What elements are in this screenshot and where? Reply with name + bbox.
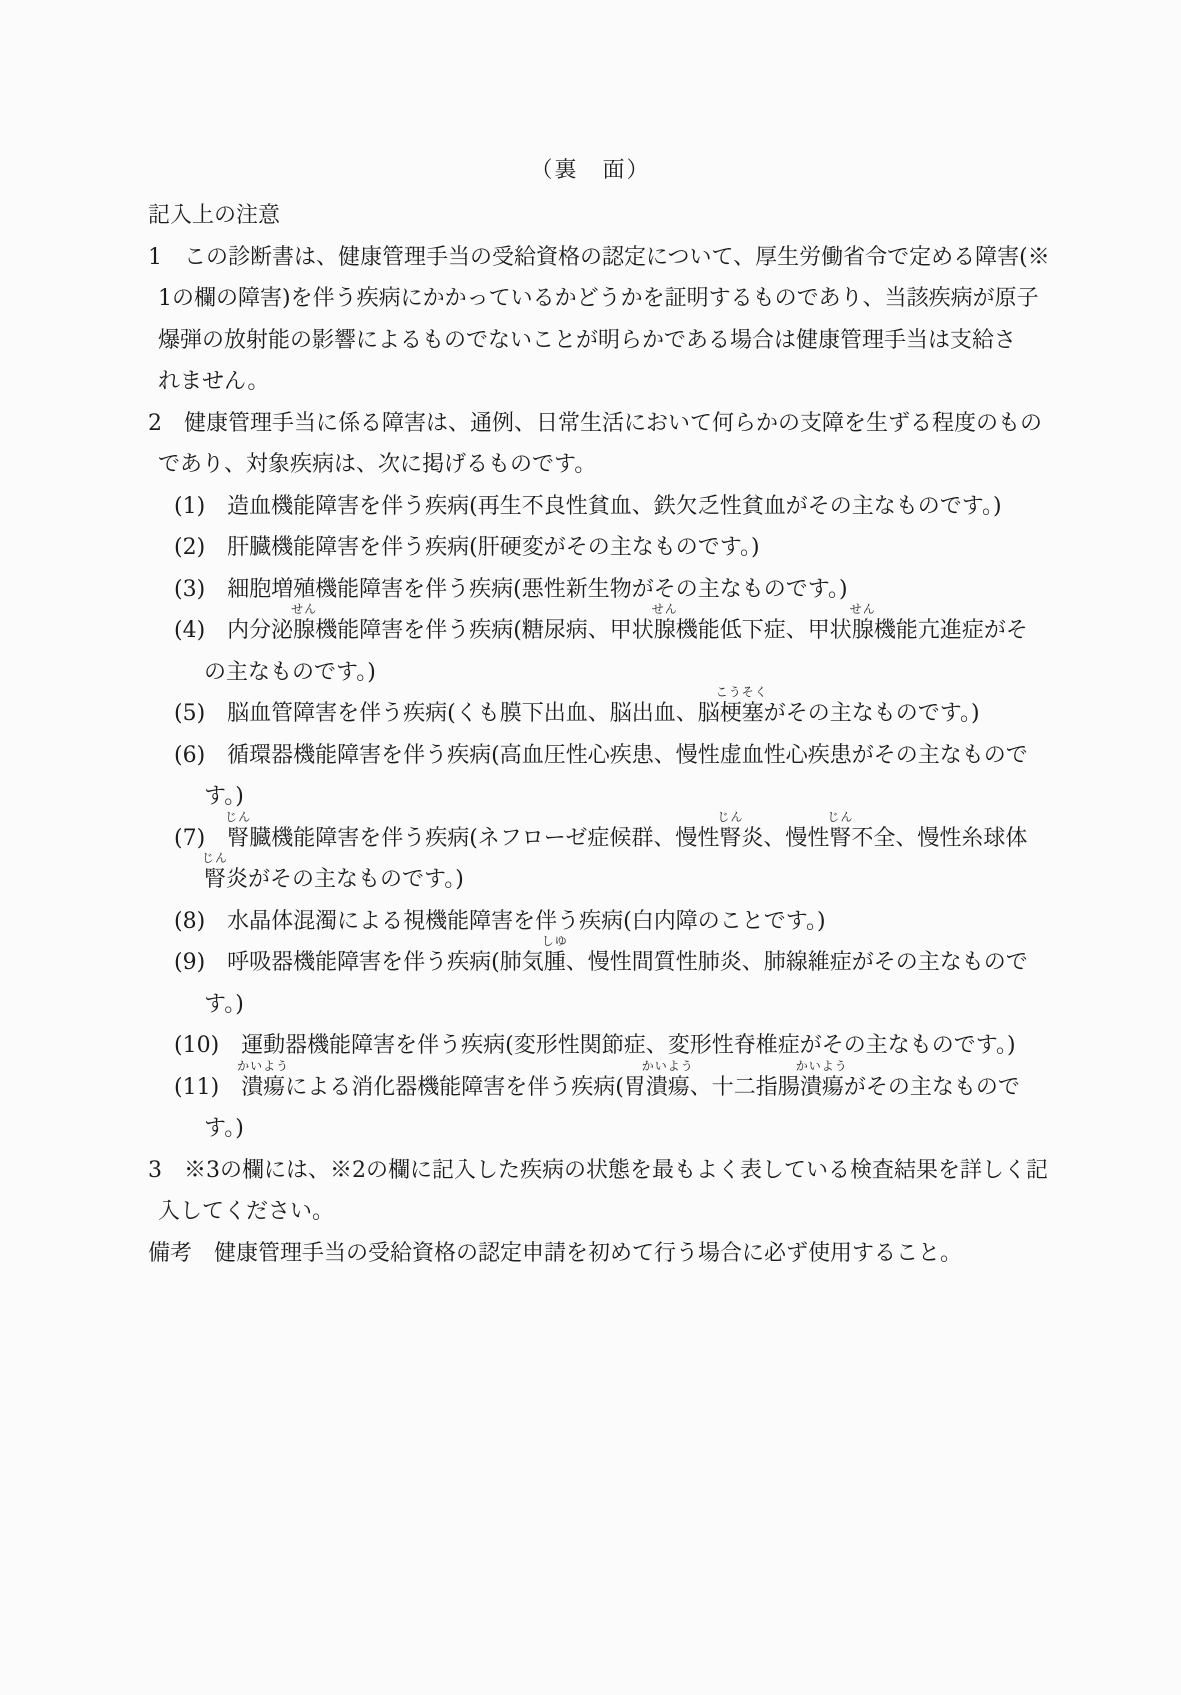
doc-line-10: (3) 細胞増殖機能障害を伴う疾病(悪性新生物がその主なものです。): [0, 569, 1181, 611]
text-run: 備考 健康管理手当の受給資格の認定申請を初めて行う場合に必ず使用すること。: [148, 1241, 962, 1266]
text-run: 1 この診断書は、健康管理手当の受給資格の認定について、厚生労働省令で定める障害…: [148, 245, 1050, 270]
text-run: 炎がその主なものです。): [226, 867, 464, 892]
doc-line-15: す。): [0, 776, 1181, 818]
text-run: す。): [204, 1116, 244, 1141]
doc-line-17: 腎じん炎がその主なものです。): [0, 859, 1181, 901]
text-run: (8) 水晶体混濁による視機能障害を伴う疾病(白内障のことです。): [174, 909, 826, 934]
doc-line-1: 記入上の注意: [0, 195, 1181, 237]
furigana: せん: [850, 603, 876, 615]
text-run: 3 ※3の欄には、※2の欄に記入した疾病の状態を最もよく表している検査結果を詳し…: [148, 1158, 1048, 1183]
text-run: 2 健康管理手当に係る障害は、通例、日常生活において何らかの支障を生ずる程度のも…: [148, 411, 1042, 436]
doc-line-14: (6) 循環器機能障害を伴う疾病(高血圧性心疾患、慢性虚血性心疾患がその主なもの…: [0, 735, 1181, 777]
furigana: しゆ: [542, 935, 568, 947]
notes-body: 記入上の注意1 この診断書は、健康管理手当の受給資格の認定について、厚生労働省令…: [0, 195, 1181, 1274]
ruby-base: 腎じん: [204, 867, 226, 892]
doc-line-18: (8) 水晶体混濁による視機能障害を伴う疾病(白内障のことです。): [0, 901, 1181, 943]
doc-line-5: れません。: [0, 361, 1181, 403]
text-run: (5) 脳血管障害を伴う疾病(くも膜下出血、脳出血、脳: [174, 701, 720, 726]
text-run: 爆弾の放射能の影響によるものでないことが明らかである場合は健康管理手当は支給さ: [158, 328, 1016, 353]
page-title: （裏 面）: [0, 158, 1181, 184]
text-run: (4) 内分泌: [174, 618, 293, 643]
text-run: がその主なもので: [844, 1075, 1020, 1100]
text-run: (9) 呼吸器機能障害を伴う疾病(肺気: [174, 950, 544, 975]
doc-line-7: であり、対象疾病は、次に掲げるものです。: [0, 444, 1181, 486]
ruby-base: 潰瘍かいよう: [241, 1075, 285, 1100]
furigana: せん: [652, 603, 678, 615]
doc-line-21: (10) 運動器機能障害を伴う疾病(変形性関節症、変形性脊椎症がその主なものです…: [0, 1025, 1181, 1067]
ruby-base: 腎じん: [829, 826, 851, 851]
ruby-base: 腎じん: [719, 826, 741, 851]
furigana: じん: [202, 852, 228, 864]
text-run: 機能低下症、甲状: [676, 618, 852, 643]
text-run: による消化器機能障害を伴う疾病(胃: [285, 1075, 646, 1100]
doc-line-2: 1 この診断書は、健康管理手当の受給資格の認定について、厚生労働省令で定める障害…: [0, 237, 1181, 279]
doc-line-19: (9) 呼吸器機能障害を伴う疾病(肺気腫しゆ、慢性間質性肺炎、肺線維症がその主な…: [0, 942, 1181, 984]
ruby-base: 腺せん: [852, 618, 874, 643]
text-run: であり、対象疾病は、次に掲げるものです。: [158, 452, 596, 477]
text-run: 、十二指腸: [690, 1075, 800, 1100]
doc-line-23: す。): [0, 1108, 1181, 1150]
text-run: 機能亢進症がそ: [874, 618, 1028, 643]
text-run: 、慢性間質性肺炎、肺線維症がその主なもので: [566, 950, 1028, 975]
doc-line-13: (5) 脳血管障害を伴う疾病(くも膜下出血、脳出血、脳梗塞こうそくがその主なもの…: [0, 693, 1181, 735]
furigana: せん: [291, 603, 317, 615]
doc-line-6: 2 健康管理手当に係る障害は、通例、日常生活において何らかの支障を生ずる程度のも…: [0, 403, 1181, 445]
text-run: (10) 運動器機能障害を伴う疾病(変形性関節症、変形性脊椎症がその主なものです…: [174, 1033, 1016, 1058]
furigana: かいよう: [642, 1060, 694, 1072]
text-run: (11): [174, 1075, 241, 1100]
text-run: (3) 細胞増殖機能障害を伴う疾病(悪性新生物がその主なものです。): [174, 577, 848, 602]
doc-line-4: 爆弾の放射能の影響によるものでないことが明らかである場合は健康管理手当は支給さ: [0, 320, 1181, 362]
text-run: がその主なものです。): [764, 701, 980, 726]
text-run: す。): [204, 784, 244, 809]
document-page: （裏 面） 記入上の注意1 この診断書は、健康管理手当の受給資格の認定について、…: [0, 0, 1181, 1695]
text-run: (6) 循環器機能障害を伴う疾病(高血圧性心疾患、慢性虚血性心疾患がその主なもの…: [174, 743, 1028, 768]
doc-line-11: (4) 内分泌腺せん機能障害を伴う疾病(糖尿病、甲状腺せん機能低下症、甲状腺せん…: [0, 610, 1181, 652]
text-run: 臓機能障害を伴う疾病(ネフローゼ症候群、慢性: [249, 826, 719, 851]
doc-line-3: 1の欄の障害)を伴う疾病にかかっているかどうかを証明するものであり、当該疾病が原…: [0, 278, 1181, 320]
furigana: かいよう: [796, 1060, 848, 1072]
ruby-base: 腎じん: [227, 826, 249, 851]
furigana: じん: [717, 811, 743, 823]
doc-line-26: 備考 健康管理手当の受給資格の認定申請を初めて行う場合に必ず使用すること。: [0, 1233, 1181, 1275]
furigana: こうそく: [716, 686, 768, 698]
furigana: じん: [225, 811, 251, 823]
text-run: (2) 肝臓機能障害を伴う疾病(肝硬変がその主なものです。): [174, 535, 760, 560]
text-run: 炎、慢性: [741, 826, 829, 851]
text-run: れません。: [158, 369, 269, 394]
doc-line-12: の主なものです。): [0, 652, 1181, 694]
ruby-base: 潰瘍かいよう: [800, 1075, 844, 1100]
doc-line-22: (11) 潰瘍かいようによる消化器機能障害を伴う疾病(胃潰瘍かいよう、十二指腸潰…: [0, 1067, 1181, 1109]
text-run: (7): [174, 826, 227, 851]
text-run: 記入上の注意: [148, 203, 280, 228]
doc-line-24: 3 ※3の欄には、※2の欄に記入した疾病の状態を最もよく表している検査結果を詳し…: [0, 1150, 1181, 1192]
doc-line-16: (7) 腎じん臓機能障害を伴う疾病(ネフローゼ症候群、慢性腎じん炎、慢性腎じん不…: [0, 818, 1181, 860]
ruby-base: 潰瘍かいよう: [646, 1075, 690, 1100]
text-run: (1) 造血機能障害を伴う疾病(再生不良性貧血、鉄欠乏性貧血がその主なものです。…: [174, 494, 1002, 519]
text-run: す。): [204, 992, 244, 1017]
furigana: じん: [827, 811, 853, 823]
text-run: 1の欄の障害)を伴う疾病にかかっているかどうかを証明するものであり、当該疾病が原…: [158, 286, 1039, 311]
text-run: 機能障害を伴う疾病(糖尿病、甲状: [315, 618, 654, 643]
doc-line-9: (2) 肝臓機能障害を伴う疾病(肝硬変がその主なものです。): [0, 527, 1181, 569]
doc-line-20: す。): [0, 984, 1181, 1026]
doc-line-8: (1) 造血機能障害を伴う疾病(再生不良性貧血、鉄欠乏性貧血がその主なものです。…: [0, 486, 1181, 528]
ruby-base: 梗塞こうそく: [720, 701, 764, 726]
doc-line-25: 入してください。: [0, 1191, 1181, 1233]
ruby-base: 腫しゆ: [544, 950, 566, 975]
text-run: の主なものです。): [204, 660, 376, 685]
ruby-base: 腺せん: [293, 618, 315, 643]
text-run: 入してください。: [158, 1199, 334, 1224]
text-run: 不全、慢性糸球体: [851, 826, 1027, 851]
ruby-base: 腺せん: [654, 618, 676, 643]
furigana: かいよう: [237, 1060, 289, 1072]
